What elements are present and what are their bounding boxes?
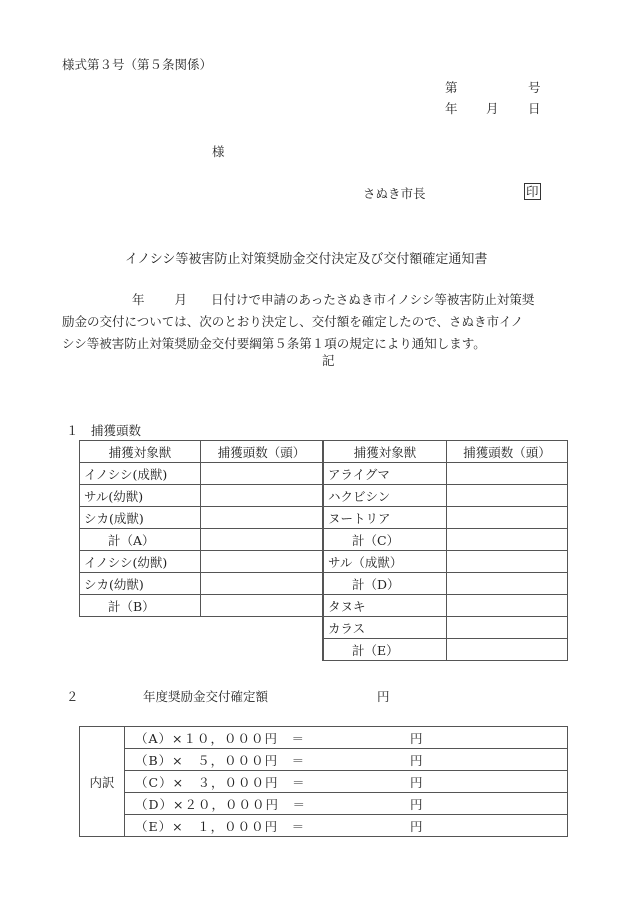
- header-animal: 捕獲対象獣: [323, 441, 447, 463]
- count-cell[interactable]: [201, 485, 323, 507]
- table-row: サル(幼獣): [80, 485, 323, 507]
- table-row: ヌートリア: [323, 507, 568, 529]
- count-cell[interactable]: [447, 507, 568, 529]
- issuer-name: さぬき市長: [363, 184, 426, 202]
- recipient-suffix: 様: [212, 142, 225, 160]
- yen-unit: 円: [410, 729, 423, 747]
- capture-table-left: 捕獲対象獣 捕獲頭数（頭） イノシシ(成獣) サル(幼獣) シカ(成獣) 計（A…: [79, 440, 323, 617]
- body-date-year: 年: [132, 292, 145, 307]
- animal-cell: タヌキ: [323, 595, 447, 617]
- animal-cell: サル（成獣）: [323, 551, 447, 573]
- formula-a: （A）×１０，０００円 ＝: [135, 729, 335, 747]
- total-count-cell[interactable]: [447, 529, 568, 551]
- table-row: （E）× １，０００円 ＝円: [80, 815, 568, 837]
- doc-number-suffix: 号: [528, 78, 541, 96]
- table-row-total: 計（C）: [323, 529, 568, 551]
- animal-cell: カラス: [323, 617, 447, 639]
- table-row: シカ(成獣): [80, 507, 323, 529]
- table-row-total: 計（A）: [80, 529, 323, 551]
- table-row: （B）× ５，０００円 ＝円: [80, 749, 568, 771]
- table-row: ハクビシン: [323, 485, 568, 507]
- date-month: 月: [486, 99, 499, 117]
- table-row: シカ(幼獣): [80, 573, 323, 595]
- body-line-1: 年月日付けで申請のあったさぬき市イノシシ等被害防止対策奨: [62, 289, 582, 311]
- table-row-total: 計（B）: [80, 595, 323, 617]
- count-cell[interactable]: [201, 507, 323, 529]
- table-row: 内訳 （A）×１０，０００円 ＝円: [80, 727, 568, 749]
- body-line-2: 励金の交付については、次のとおり決定し、交付額を確定したので、さぬき市イノ: [62, 311, 582, 333]
- total-count-cell[interactable]: [201, 529, 323, 551]
- ki-heading: 記: [322, 351, 335, 369]
- form-id: 様式第３号（第５条関係）: [62, 55, 212, 73]
- count-cell[interactable]: [201, 573, 323, 595]
- count-cell[interactable]: [201, 551, 323, 573]
- yen-unit: 円: [410, 751, 423, 769]
- header-animal: 捕獲対象獣: [80, 441, 201, 463]
- formula-d: （D）×２０，０００円 ＝: [135, 795, 335, 813]
- total-count-cell[interactable]: [447, 639, 568, 661]
- animal-cell: アライグマ: [323, 463, 447, 485]
- document-title: イノシシ等被害防止対策奨励金交付決定及び交付額確定通知書: [125, 248, 487, 267]
- table-row-total: 計（E）: [323, 639, 568, 661]
- animal-cell: シカ(幼獣): [80, 573, 201, 595]
- section1-number: １: [66, 421, 79, 439]
- total-label: 計（A）: [80, 529, 201, 551]
- count-cell[interactable]: [201, 463, 323, 485]
- animal-cell: ヌートリア: [323, 507, 447, 529]
- table-row: イノシシ(幼獣): [80, 551, 323, 573]
- table-row-total: 計（D）: [323, 573, 568, 595]
- count-cell[interactable]: [447, 485, 568, 507]
- count-cell[interactable]: [447, 617, 568, 639]
- total-label: 計（D）: [323, 573, 447, 595]
- formula-c: （C）× ３，０００円 ＝: [135, 773, 335, 791]
- date-year: 年: [445, 99, 458, 117]
- yen-unit: 円: [410, 795, 423, 813]
- table-row: （C）× ３，０００円 ＝円: [80, 771, 568, 793]
- total-count-cell[interactable]: [447, 573, 568, 595]
- animal-cell: イノシシ(幼獣): [80, 551, 201, 573]
- total-label: 計（E）: [323, 639, 447, 661]
- section2-number: ２: [66, 687, 79, 705]
- date-day: 日: [528, 99, 541, 117]
- table-row: カラス: [323, 617, 568, 639]
- breakdown-label: 内訳: [80, 727, 125, 837]
- animal-cell: サル(幼獣): [80, 485, 201, 507]
- table-row: サル（成獣）: [323, 551, 568, 573]
- header-count: 捕獲頭数（頭）: [447, 441, 568, 463]
- table-row: タヌキ: [323, 595, 568, 617]
- table-row: アライグマ: [323, 463, 568, 485]
- total-count-cell[interactable]: [201, 595, 323, 617]
- doc-number-prefix: 第: [445, 78, 458, 96]
- section2-heading: 年度奨励金交付確定額: [143, 687, 268, 705]
- animal-cell: シカ(成獣): [80, 507, 201, 529]
- count-cell[interactable]: [447, 551, 568, 573]
- total-label: 計（C）: [323, 529, 447, 551]
- formula-e: （E）× １，０００円 ＝: [135, 817, 335, 835]
- body-date-month: 月: [175, 292, 188, 307]
- animal-cell: ハクビシン: [323, 485, 447, 507]
- count-cell[interactable]: [447, 463, 568, 485]
- table-row: イノシシ(成獣): [80, 463, 323, 485]
- section1-heading: 捕獲頭数: [91, 421, 141, 439]
- seal-mark: 印: [524, 183, 541, 200]
- count-cell[interactable]: [447, 595, 568, 617]
- yen-unit: 円: [410, 817, 423, 835]
- animal-cell: イノシシ(成獣): [80, 463, 201, 485]
- formula-b: （B）× ５，０００円 ＝: [135, 751, 335, 769]
- header-count: 捕獲頭数（頭）: [201, 441, 323, 463]
- body-paragraph: 年月日付けで申請のあったさぬき市イノシシ等被害防止対策奨 励金の交付については、…: [62, 289, 582, 355]
- yen-unit: 円: [410, 773, 423, 791]
- total-label: 計（B）: [80, 595, 201, 617]
- table-row: （D）×２０，０００円 ＝円: [80, 793, 568, 815]
- capture-table-right: 捕獲対象獣 捕獲頭数（頭） アライグマ ハクビシン ヌートリア 計（C） サル（…: [322, 440, 568, 661]
- section2-unit: 円: [377, 687, 390, 705]
- breakdown-table: 内訳 （A）×１０，０００円 ＝円 （B）× ５，０００円 ＝円 （C）× ３，…: [79, 726, 568, 837]
